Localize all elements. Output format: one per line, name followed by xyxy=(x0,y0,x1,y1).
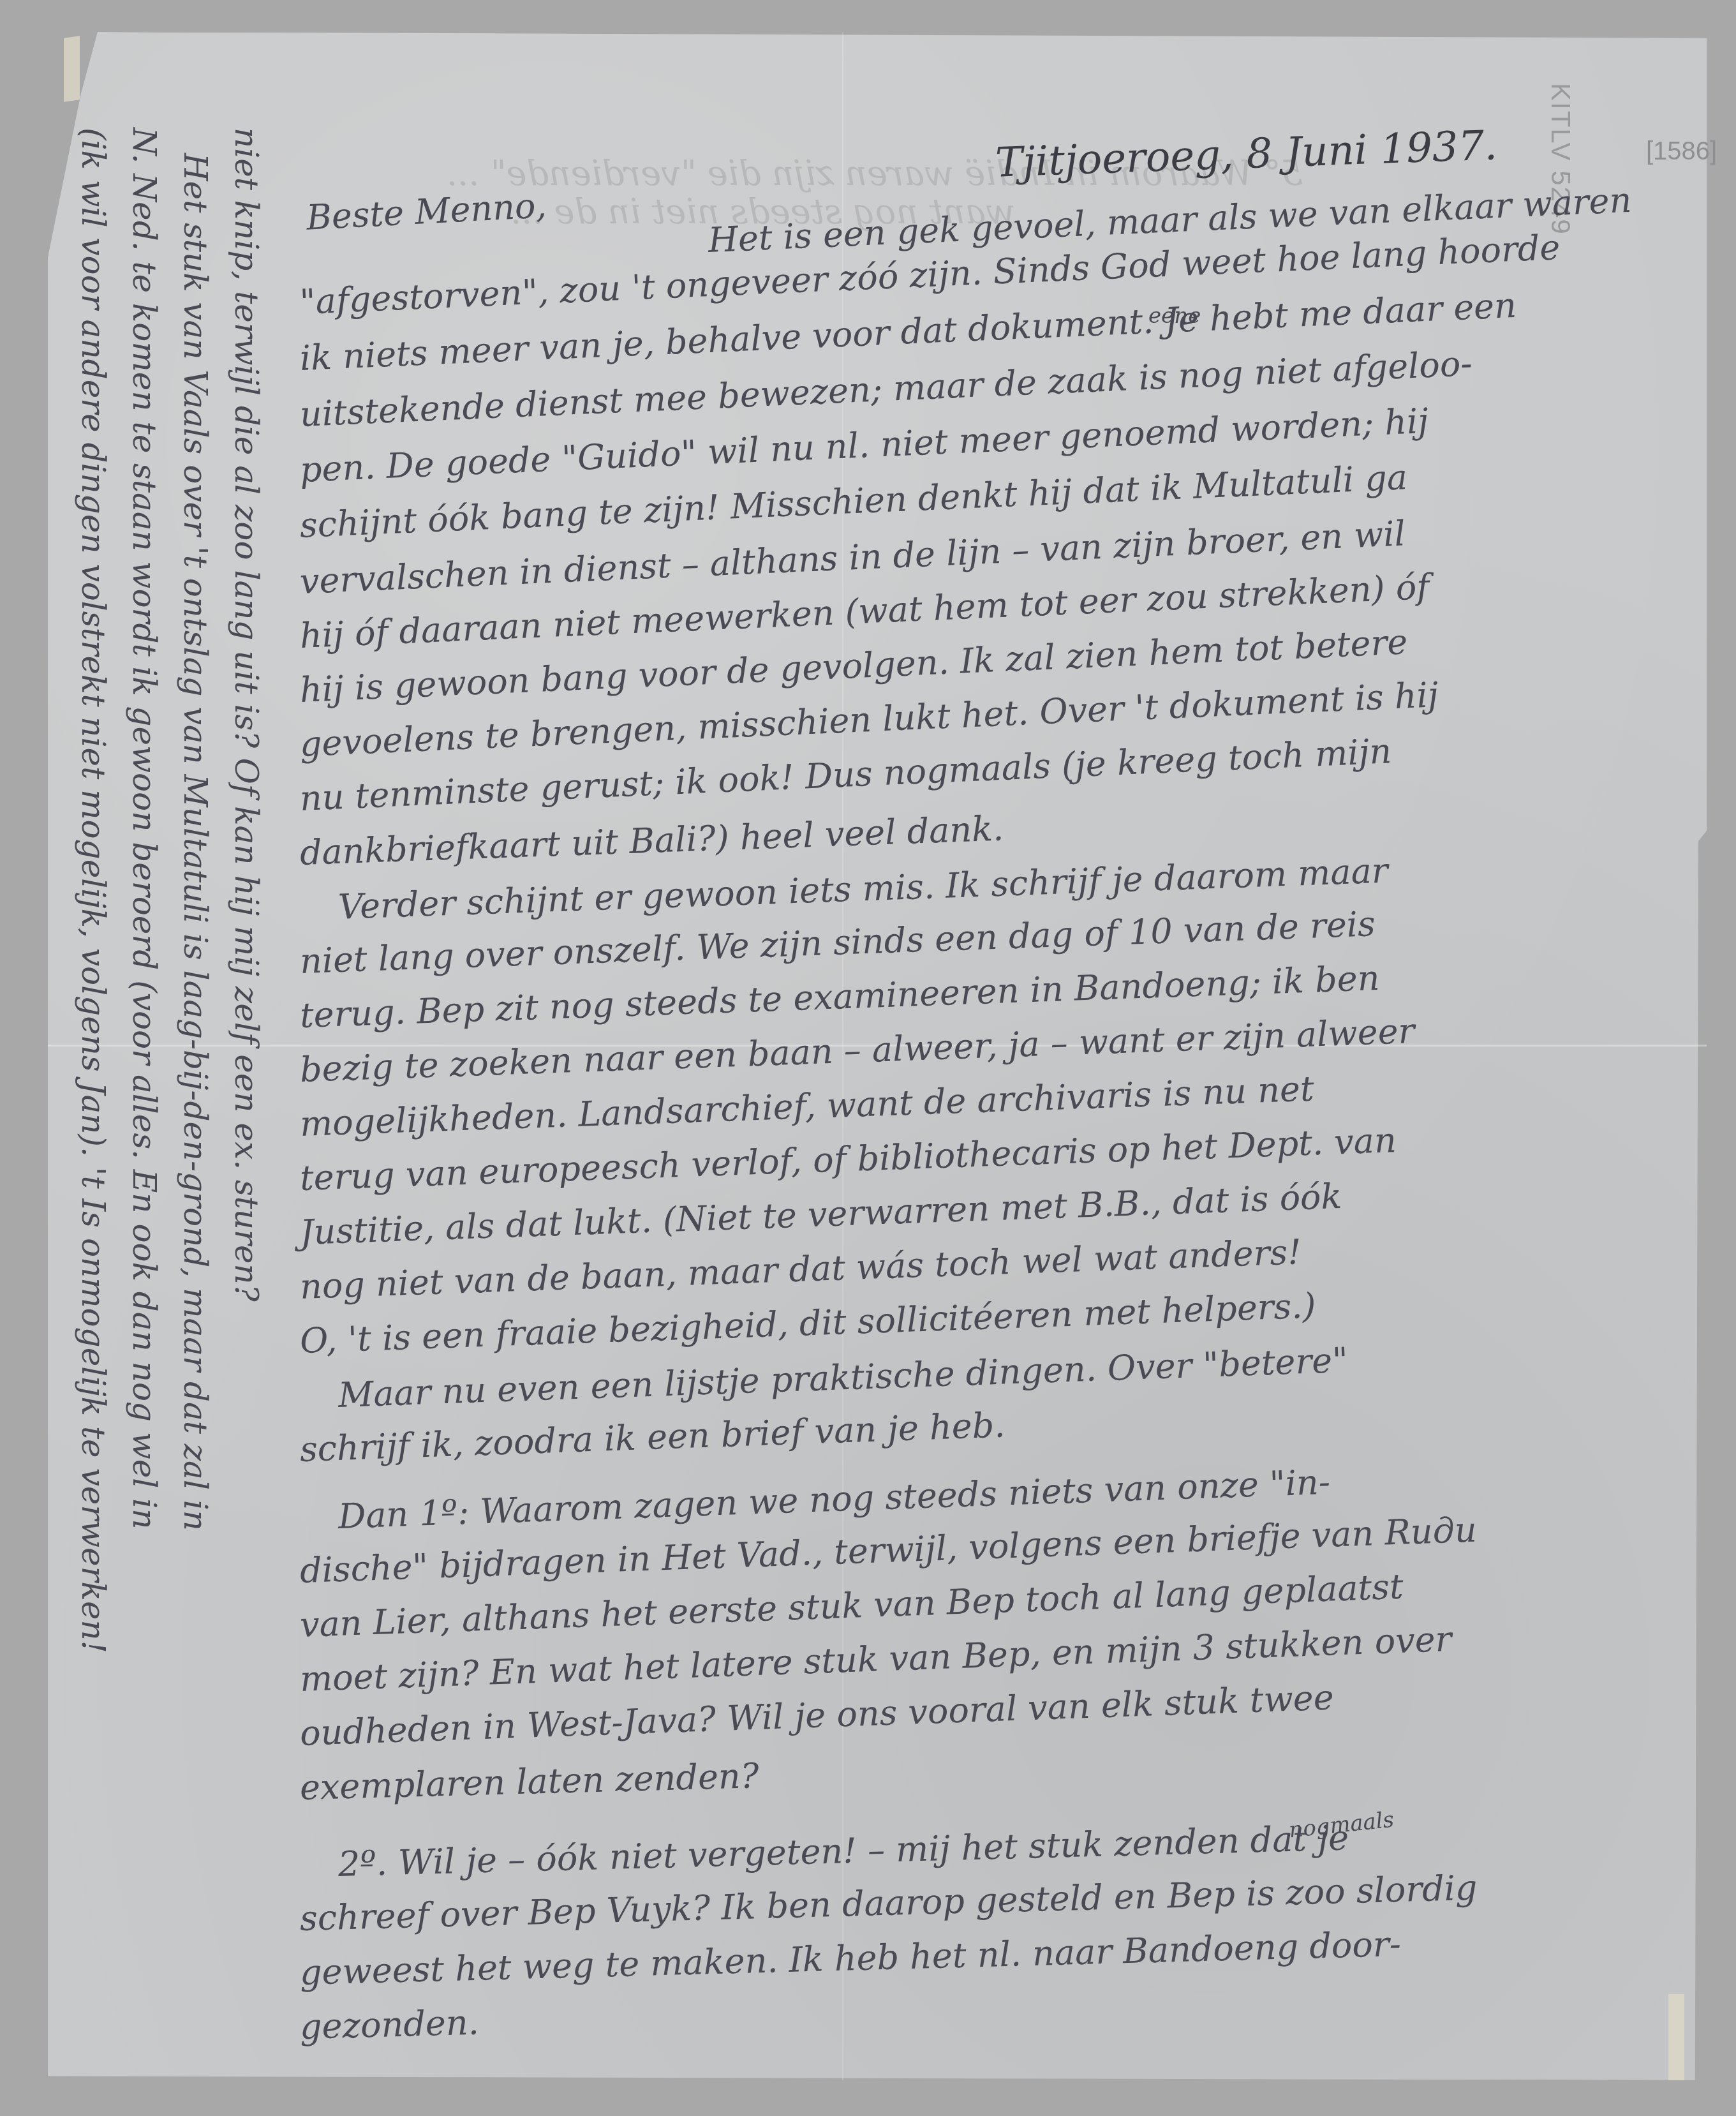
margin-note-line: (ik wil voor andere dingen volstrekt nie… xyxy=(75,128,112,1653)
interlinear-insertion: eene xyxy=(1148,303,1201,329)
margin-note-line: Het stuk van Vaals over 't ontslag van M… xyxy=(177,153,214,1531)
tape-strip-top-left xyxy=(64,36,80,102)
body-line: gezonden. xyxy=(299,2002,479,2047)
archive-reference-number: [1586] xyxy=(1646,137,1717,166)
tape-strip-bottom-right xyxy=(1668,1994,1684,2080)
margin-note-line: N. Ned. te komen te staan wordt ik gewoo… xyxy=(126,128,163,1529)
margin-note-line: niet knip, terwijl die al zoo lang uit i… xyxy=(228,128,265,1301)
